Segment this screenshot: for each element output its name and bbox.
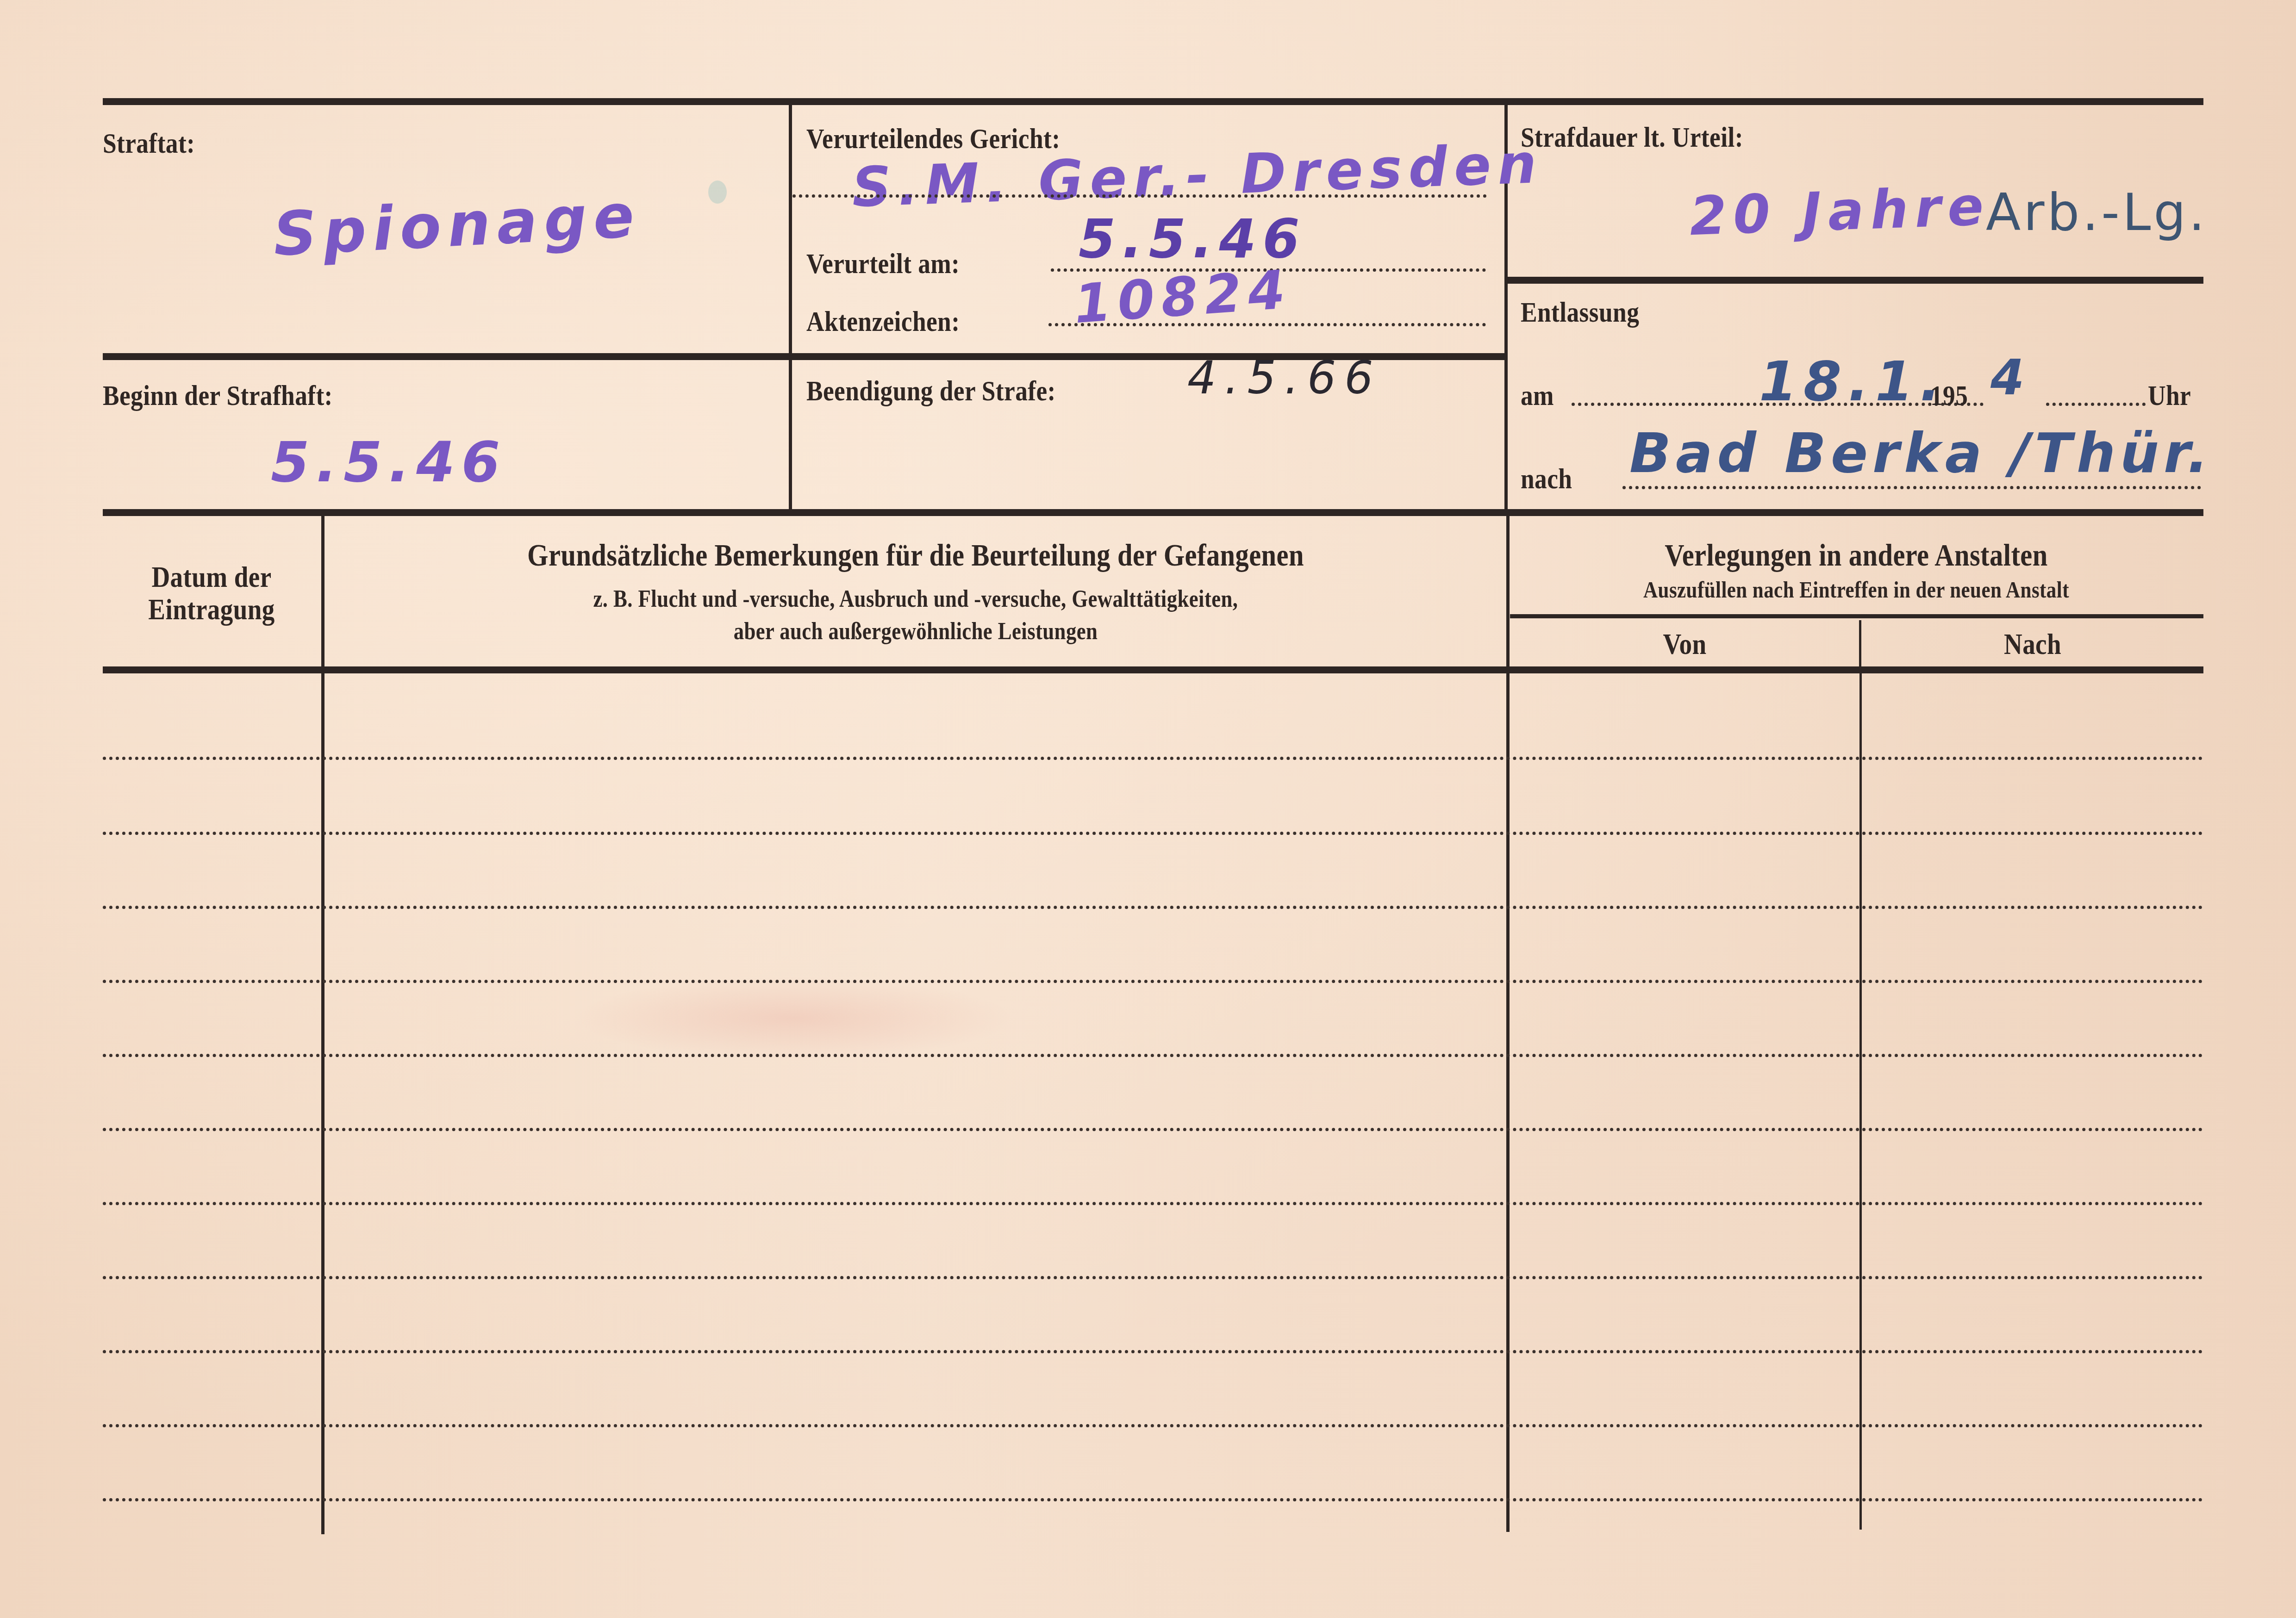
release-nach-label: nach — [1521, 463, 1572, 496]
release-date-value: 18.1. — [1759, 349, 1947, 413]
table-row[interactable] — [103, 1055, 2203, 1129]
table-row[interactable] — [103, 1203, 2203, 1277]
col-date-header-line1: Datum der — [118, 560, 305, 594]
top-rule — [103, 98, 2203, 105]
release-time-label: Uhr — [2148, 380, 2191, 412]
transfer-sub: Auszufüllen nach Eintreffen in der neuen… — [1558, 576, 2155, 603]
divider-from-to-header — [1859, 620, 1861, 666]
table-top-rule — [103, 509, 2203, 516]
release-destination-value: Bad Berka /Thür. — [1629, 421, 2213, 485]
sentence-value-main: 20 Jahre — [1689, 175, 1991, 248]
court-value-line — [792, 194, 1487, 198]
table-row[interactable] — [103, 907, 2203, 981]
table-row[interactable] — [103, 1129, 2203, 1203]
sentence-label: Strafdauer lt. Urteil: — [1521, 121, 1743, 154]
end-value: 4.5.66 — [1187, 352, 1382, 404]
release-year-suffix-value: 4 — [1990, 349, 2031, 406]
transfer-header: Verlegungen in andere Anstalten — [1558, 537, 2155, 573]
table-row[interactable] — [103, 1425, 2203, 1500]
release-am-label: am — [1521, 380, 1554, 412]
file-number-label: Aktenzeichen: — [806, 305, 960, 338]
sentence-value-suffix: Arb.-Lg. — [1986, 183, 2208, 242]
col-from-header: Von — [1535, 627, 1835, 661]
release-time-line — [2046, 403, 2146, 406]
col-remarks-sub2: aber auch außergewöhnliche Leistungen — [408, 618, 1423, 645]
offense-label: Straftat: — [103, 127, 195, 160]
release-year-prefix: 195 — [1930, 380, 1968, 412]
divider-offense-court — [789, 105, 792, 512]
divider-remarks-transfer-header — [1506, 516, 1510, 670]
release-destination-line — [1622, 486, 2201, 489]
mid-rule-right — [1508, 277, 2203, 284]
table-row[interactable] — [103, 759, 2203, 833]
transfer-subheader-rule — [1510, 614, 2203, 618]
file-number-line — [1048, 323, 1486, 326]
table-row[interactable] — [103, 1277, 2203, 1351]
row-line — [103, 1498, 2203, 1501]
release-label: Entlassung — [1521, 296, 1639, 329]
col-date-header-line2: Eintragung — [118, 592, 305, 627]
end-label: Beendigung der Strafe: — [806, 375, 1056, 408]
table-row[interactable] — [103, 673, 2203, 759]
col-remarks-header: Grundsätzliche Bemerkungen für die Beurt… — [408, 537, 1423, 573]
faint-blue-speck — [708, 180, 727, 204]
divider-date-remarks-header — [321, 516, 324, 670]
col-remarks-sub1: z. B. Flucht und -versuche, Ausbruch und… — [408, 585, 1423, 613]
table-row[interactable] — [103, 1351, 2203, 1425]
start-value: 5.5.46 — [271, 430, 506, 495]
sentenced-on-label: Verurteilt am: — [806, 248, 960, 280]
table-header-bottom-rule — [103, 666, 2203, 673]
table-row[interactable] — [103, 981, 2203, 1055]
col-to-header: Nach — [1886, 627, 2180, 661]
start-label: Beginn der Strafhaft: — [103, 380, 333, 412]
offense-value: Spionage — [272, 180, 643, 269]
table-row[interactable] — [103, 833, 2203, 907]
